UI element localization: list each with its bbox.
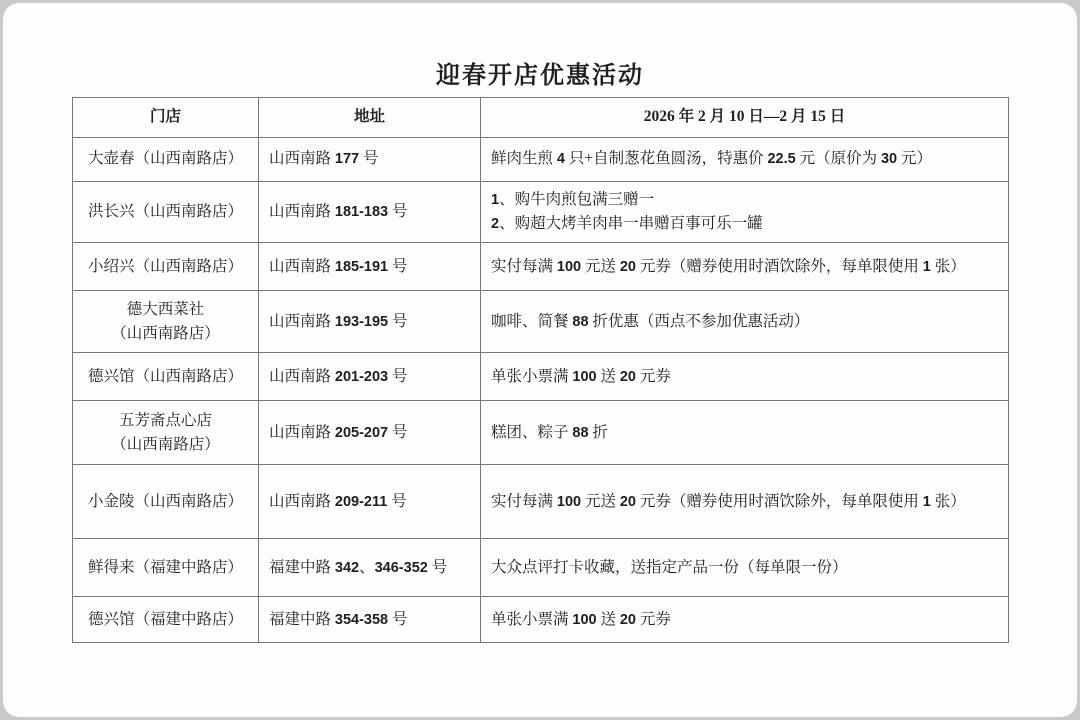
address-cell: 福建中路 342、346-352 号 bbox=[259, 539, 481, 597]
table-row: 德兴馆（福建中路店）福建中路 354-358 号单张小票满 100 送 20 元… bbox=[73, 597, 1009, 643]
offer-cell: 大众点评打卡收藏，送指定产品一份（每单限一份） bbox=[481, 539, 1009, 597]
store-name-cell: 小绍兴（山西南路店） bbox=[73, 243, 259, 291]
table-row: 小绍兴（山西南路店）山西南路 185-191 号实付每满 100 元送 20 元… bbox=[73, 243, 1009, 291]
promotion-table: 门店 地址 2026 年 2 月 10 日—2 月 15 日 大壶春（山西南路店… bbox=[72, 97, 1009, 643]
offer-cell: 咖啡、简餐 88 折优惠（西点不参加优惠活动） bbox=[481, 291, 1009, 353]
address-cell: 山西南路 193-195 号 bbox=[259, 291, 481, 353]
store-name-cell: 德兴馆（福建中路店） bbox=[73, 597, 259, 643]
table-row: 大壶春（山西南路店）山西南路 177 号鲜肉生煎 4 只+自制葱花鱼圆汤，特惠价… bbox=[73, 138, 1009, 182]
address-cell: 山西南路 201-203 号 bbox=[259, 353, 481, 401]
store-name-cell: 五芳斋点心店（山西南路店） bbox=[73, 401, 259, 465]
address-cell: 福建中路 354-358 号 bbox=[259, 597, 481, 643]
offer-cell: 实付每满 100 元送 20 元券（赠券使用时酒饮除外，每单限使用 1 张） bbox=[481, 465, 1009, 539]
address-cell: 山西南路 185-191 号 bbox=[259, 243, 481, 291]
header-row: 门店 地址 2026 年 2 月 10 日—2 月 15 日 bbox=[73, 98, 1009, 138]
table-row: 德兴馆（山西南路店）山西南路 201-203 号单张小票满 100 送 20 元… bbox=[73, 353, 1009, 401]
offer-cell: 单张小票满 100 送 20 元券 bbox=[481, 353, 1009, 401]
store-name-cell: 德兴馆（山西南路店） bbox=[73, 353, 259, 401]
address-cell: 山西南路 181-183 号 bbox=[259, 182, 481, 243]
column-header-dates: 2026 年 2 月 10 日—2 月 15 日 bbox=[481, 98, 1009, 138]
table-row: 洪长兴（山西南路店）山西南路 181-183 号1、购牛肉煎包满三赠一2、购超大… bbox=[73, 182, 1009, 243]
table-row: 鲜得来（福建中路店）福建中路 342、346-352 号大众点评打卡收藏，送指定… bbox=[73, 539, 1009, 597]
offer-cell: 实付每满 100 元送 20 元券（赠券使用时酒饮除外，每单限使用 1 张） bbox=[481, 243, 1009, 291]
address-cell: 山西南路 177 号 bbox=[259, 138, 481, 182]
offer-cell: 单张小票满 100 送 20 元券 bbox=[481, 597, 1009, 643]
column-header-store: 门店 bbox=[73, 98, 259, 138]
store-name-cell: 小金陵（山西南路店） bbox=[73, 465, 259, 539]
store-name-cell: 大壶春（山西南路店） bbox=[73, 138, 259, 182]
address-cell: 山西南路 209-211 号 bbox=[259, 465, 481, 539]
store-name-cell: 洪长兴（山西南路店） bbox=[73, 182, 259, 243]
table-body: 大壶春（山西南路店）山西南路 177 号鲜肉生煎 4 只+自制葱花鱼圆汤，特惠价… bbox=[73, 138, 1009, 643]
offer-cell: 1、购牛肉煎包满三赠一2、购超大烤羊肉串一串赠百事可乐一罐 bbox=[481, 182, 1009, 243]
store-name-cell: 德大西菜社（山西南路店） bbox=[73, 291, 259, 353]
table-row: 小金陵（山西南路店）山西南路 209-211 号实付每满 100 元送 20 元… bbox=[73, 465, 1009, 539]
table-row: 五芳斋点心店（山西南路店）山西南路 205-207 号糕团、粽子 88 折 bbox=[73, 401, 1009, 465]
page-title: 迎春开店优惠活动 bbox=[3, 55, 1077, 90]
offer-cell: 鲜肉生煎 4 只+自制葱花鱼圆汤，特惠价 22.5 元（原价为 30 元） bbox=[481, 138, 1009, 182]
table-row: 德大西菜社（山西南路店）山西南路 193-195 号咖啡、简餐 88 折优惠（西… bbox=[73, 291, 1009, 353]
offer-cell: 糕团、粽子 88 折 bbox=[481, 401, 1009, 465]
store-name-cell: 鲜得来（福建中路店） bbox=[73, 539, 259, 597]
address-cell: 山西南路 205-207 号 bbox=[259, 401, 481, 465]
table-header: 门店 地址 2026 年 2 月 10 日—2 月 15 日 bbox=[73, 98, 1009, 138]
document-sheet: 迎春开店优惠活动 门店 地址 2026 年 2 月 10 日—2 月 15 日 … bbox=[3, 3, 1077, 717]
column-header-address: 地址 bbox=[259, 98, 481, 138]
